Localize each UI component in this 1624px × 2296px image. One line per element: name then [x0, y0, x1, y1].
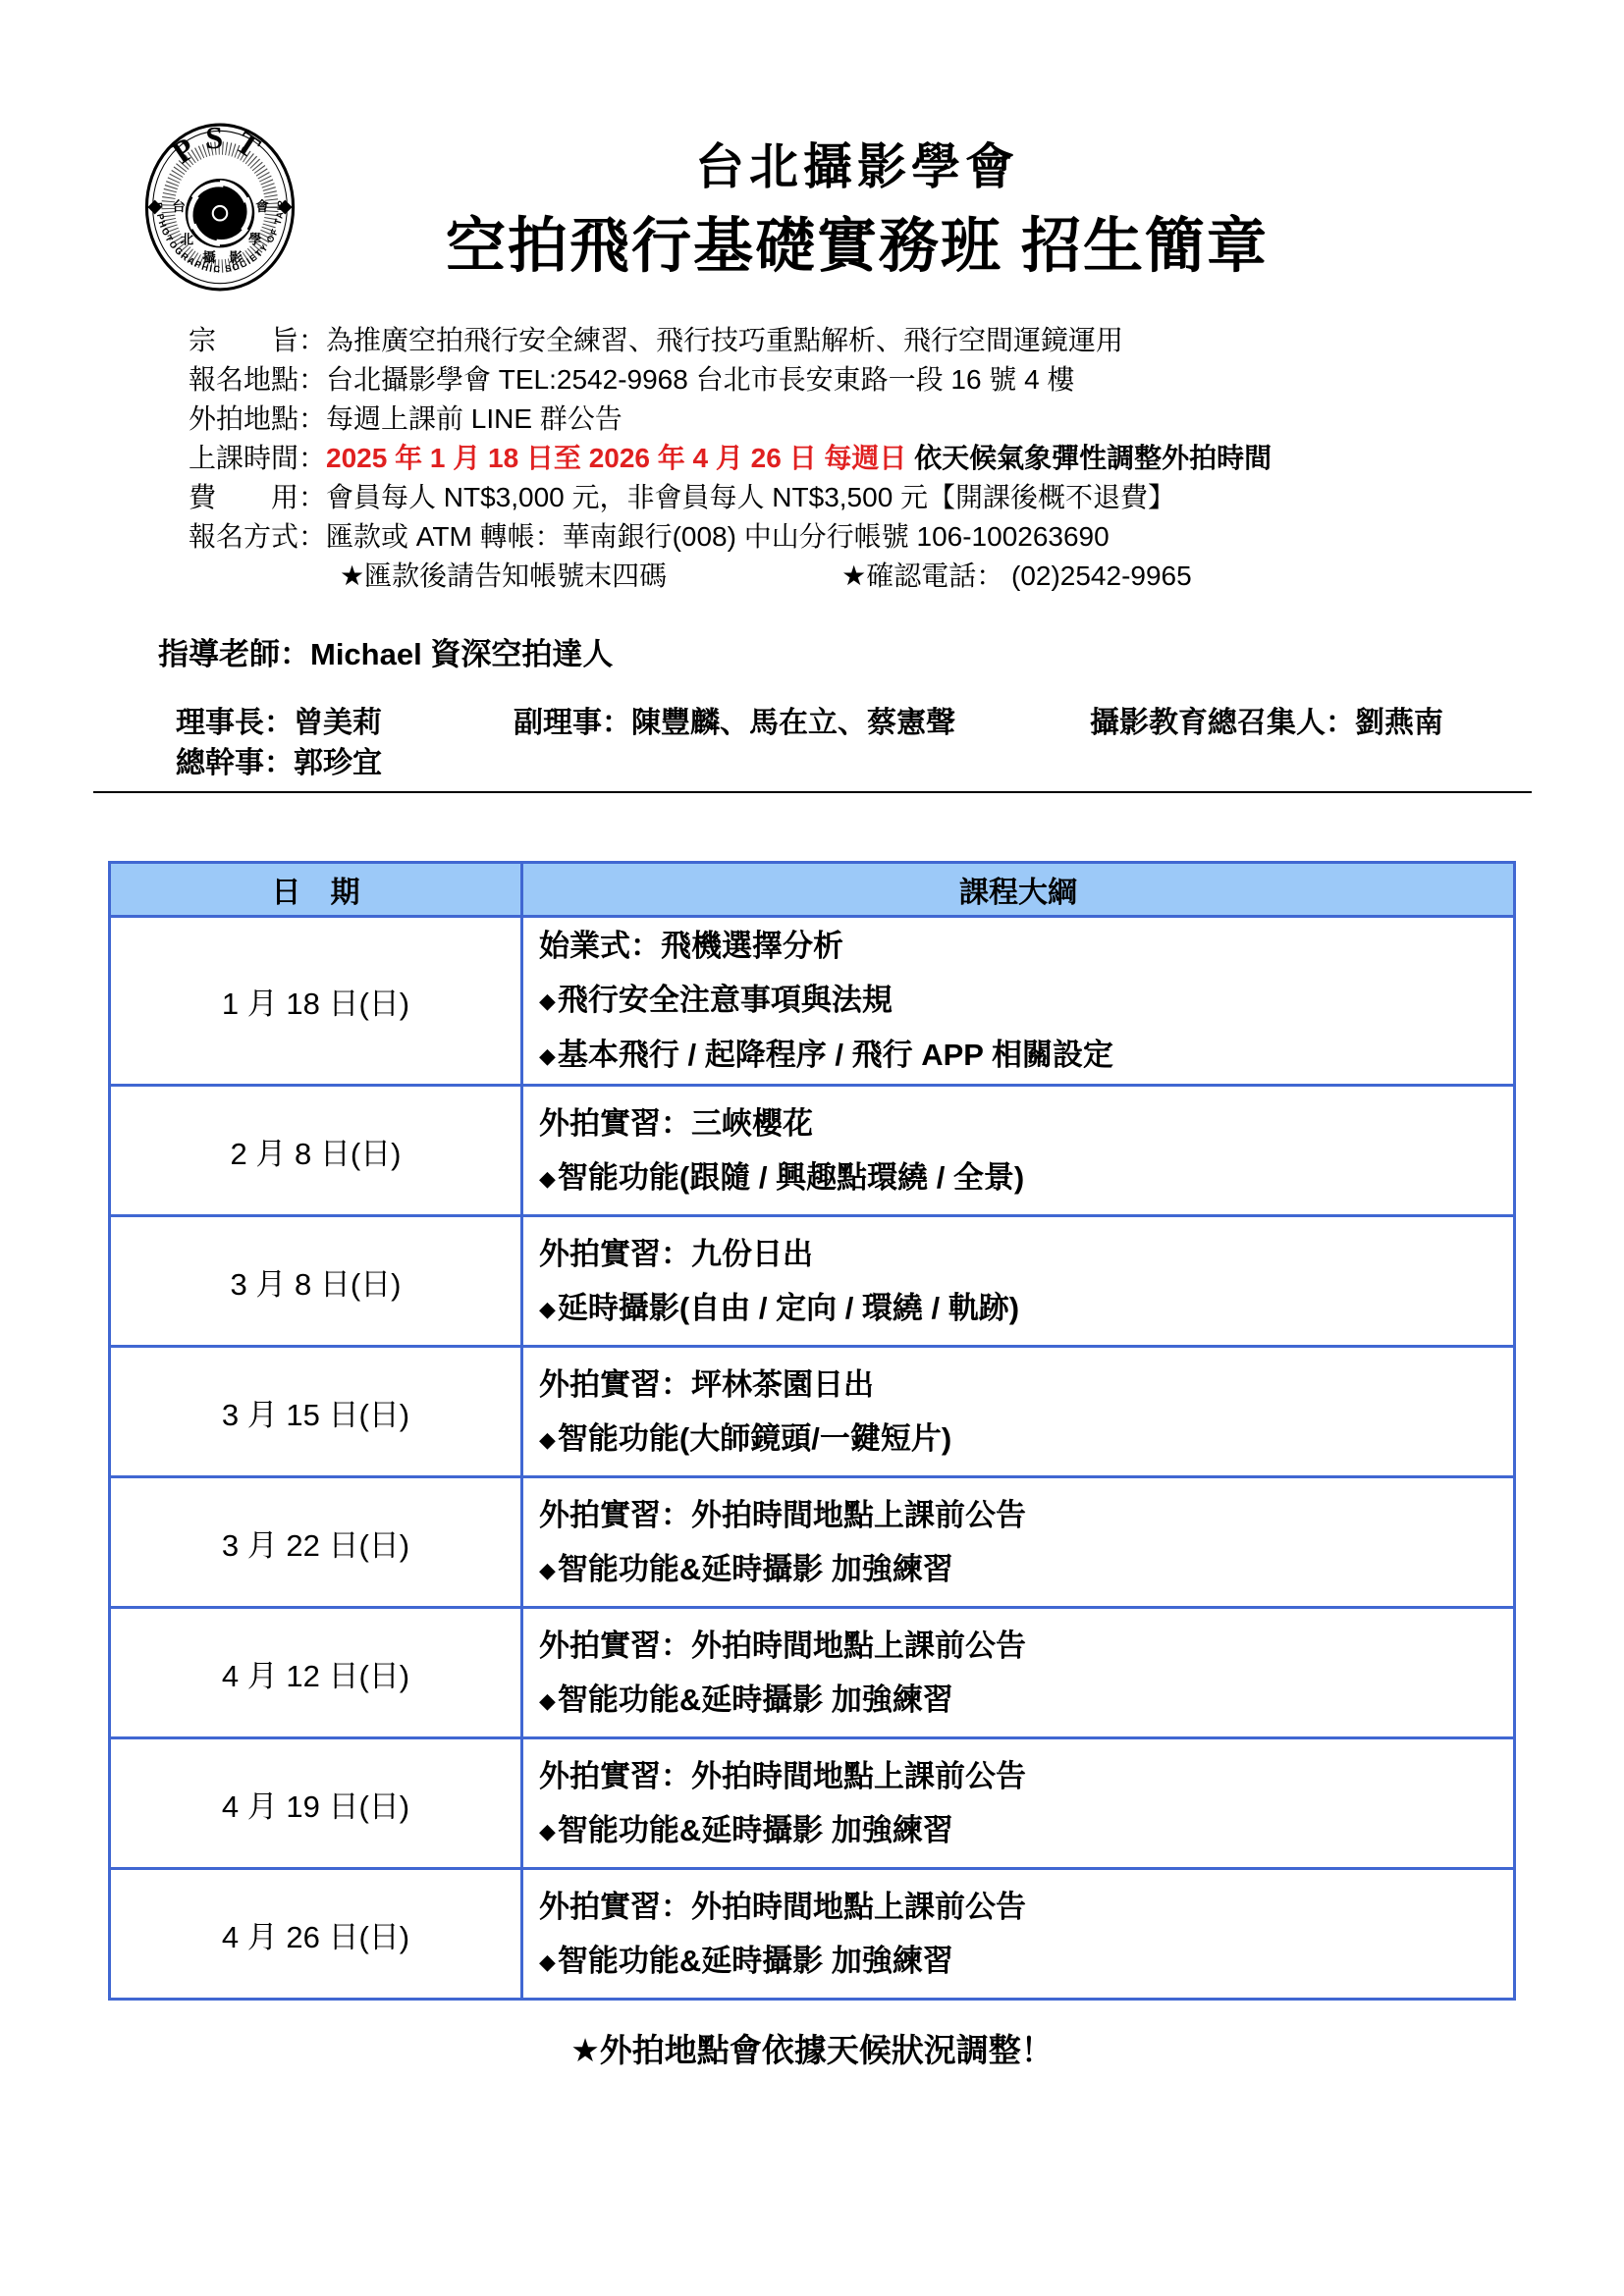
outline-line: ◆延時攝影(自由 / 定向 / 環繞 / 軌跡) [539, 1281, 1512, 1336]
weather-note: ★外拍地點會依據天候狀況調整！ [108, 2025, 1516, 2071]
schedule-body: 1 月 18 日(日)始業式：飛機選擇分析◆飛行安全注意事項與法規◆基本飛行 /… [110, 917, 1515, 2000]
info-segment: 費 用：會員每人 NT$3,000 元，非會員每人 NT$3,500 元【開課後… [189, 482, 1175, 512]
organization-title: 台北攝影學會 [189, 128, 1526, 198]
info-line: 外拍地點：每週上課前 LINE 群公告 [189, 400, 1272, 439]
outline-column-header: 課程大綱 [522, 863, 1515, 917]
schedule-row: 3 月 15 日(日)外拍實習：坪林茶園日出◆智能功能(大師鏡頭/一鍵短片) [110, 1347, 1515, 1477]
info-line: 費 用：會員每人 NT$3,000 元，非會員每人 NT$3,500 元【開課後… [189, 478, 1272, 517]
outline-line: ◆智能功能(跟隨 / 興趣點環繞 / 全景) [539, 1150, 1512, 1205]
outline-line: 外拍實習：外拍時間地點上課前公告 [539, 1488, 1512, 1542]
info-segment: ★確認電話： (02)2542-9965 [841, 561, 1192, 591]
schedule-date: 4 月 26 日(日) [110, 1869, 522, 2000]
schedule-date: 3 月 22 日(日) [110, 1477, 522, 1608]
info-segment: ★匯款後請告知帳號末四碼 [340, 561, 667, 591]
info-lines: 宗 旨：為推廣空拍飛行安全練習、飛行技巧重點解析、飛行空間運鏡運用報名地點：台北… [189, 321, 1272, 596]
info-segment: 2025 年 1 月 18 日至 2026 年 4 月 26 日 每週日 [326, 443, 906, 473]
schedule-row: 2 月 8 日(日)外拍實習：三峽櫻花◆智能功能(跟隨 / 興趣點環繞 / 全景… [110, 1086, 1515, 1216]
outline-line: ◆智能功能(大師鏡頭/一鍵短片) [539, 1412, 1512, 1467]
officers-block: 理事長：曾美莉 副理事：陳豐麟、馬在立、蔡憲聲 攝影教育總召集人：劉燕南 總幹事… [0, 698, 1624, 782]
schedule-row: 1 月 18 日(日)始業式：飛機選擇分析◆飛行安全注意事項與法規◆基本飛行 /… [110, 917, 1515, 1086]
outline-line: ◆飛行安全注意事項與法規 [539, 973, 1512, 1028]
info-line: 報名地點：台北攝影學會 TEL:2542-9968 台北市長安東路一段 16 號… [189, 360, 1272, 400]
schedule-outline: 外拍實習：坪林茶園日出◆智能功能(大師鏡頭/一鍵短片) [522, 1347, 1515, 1477]
outline-line: ◆智能功能&延時攝影 加強練習 [539, 1673, 1512, 1728]
outline-line: 外拍實習：坪林茶園日出 [539, 1358, 1512, 1412]
flyer-page: PST 台 北 攝 影 學 會 THE PHOTOGRAPHI [0, 0, 1624, 2296]
schedule-outline: 外拍實習：三峽櫻花◆智能功能(跟隨 / 興趣點環繞 / 全景) [522, 1086, 1515, 1216]
outline-line: 外拍實習：九份日出 [539, 1227, 1512, 1281]
outline-line: ◆智能功能&延時攝影 加強練習 [539, 1542, 1512, 1597]
outline-line: ◆基本飛行 / 起降程序 / 飛行 APP 相關設定 [539, 1028, 1512, 1083]
outline-line: ◆智能功能&延時攝影 加強練習 [539, 1934, 1512, 1989]
outline-line: 外拍實習：外拍時間地點上課前公告 [539, 1619, 1512, 1673]
schedule-outline: 外拍實習：外拍時間地點上課前公告◆智能功能&延時攝影 加強練習 [522, 1738, 1515, 1869]
schedule-date: 3 月 8 日(日) [110, 1216, 522, 1347]
schedule-row: 4 月 12 日(日)外拍實習：外拍時間地點上課前公告◆智能功能&延時攝影 加強… [110, 1608, 1515, 1738]
outline-line: 始業式：飛機選擇分析 [539, 919, 1512, 973]
diamond-bullet-icon: ◆ [539, 1043, 556, 1068]
schedule-outline: 外拍實習：外拍時間地點上課前公告◆智能功能&延時攝影 加強練習 [522, 1608, 1515, 1738]
chairman: 理事長：曾美莉 [176, 698, 382, 741]
outline-line: ◆智能功能&延時攝影 加強練習 [539, 1803, 1512, 1858]
info-segment: 外拍地點：每週上課前 LINE 群公告 [189, 403, 623, 434]
diamond-bullet-icon: ◆ [539, 1949, 556, 1974]
vice-directors: 副理事：陳豐麟、馬在立、蔡憲聲 [514, 698, 955, 741]
info-segment: 上課時間： [189, 443, 326, 473]
diamond-bullet-icon: ◆ [539, 1819, 556, 1843]
info-segment: 依天候氣象彈性調整外拍時間 [906, 443, 1272, 473]
schedule-row: 4 月 26 日(日)外拍實習：外拍時間地點上課前公告◆智能功能&延時攝影 加強… [110, 1869, 1515, 2000]
schedule-date: 2 月 8 日(日) [110, 1086, 522, 1216]
schedule-date: 1 月 18 日(日) [110, 917, 522, 1086]
schedule-row: 3 月 8 日(日)外拍實習：九份日出◆延時攝影(自由 / 定向 / 環繞 / … [110, 1216, 1515, 1347]
schedule-outline: 外拍實習：外拍時間地點上課前公告◆智能功能&延時攝影 加強練習 [522, 1869, 1515, 2000]
svg-text:台: 台 [172, 198, 186, 214]
diamond-bullet-icon: ◆ [539, 1166, 556, 1191]
instructor-line: 指導老師：Michael 資深空拍達人 [158, 629, 613, 673]
info-line: 報名方式：匯款或 ATM 轉帳：華南銀行(008) 中山分行帳號 106-100… [189, 517, 1272, 557]
schedule-row: 4 月 19 日(日)外拍實習：外拍時間地點上課前公告◆智能功能&延時攝影 加強… [110, 1738, 1515, 1869]
outline-line: 外拍實習：三峽櫻花 [539, 1096, 1512, 1150]
schedule-header-row: 日 期 課程大綱 [110, 863, 1515, 917]
info-segment: 宗 旨：為推廣空拍飛行安全練習、飛行技巧重點解析、飛行空間運鏡運用 [189, 325, 1123, 355]
info-line: ★匯款後請告知帳號末四碼★確認電話： (02)2542-9965 [189, 557, 1272, 596]
schedule-outline: 外拍實習：外拍時間地點上課前公告◆智能功能&延時攝影 加強練習 [522, 1477, 1515, 1608]
horizontal-divider [93, 791, 1532, 793]
diamond-bullet-icon: ◆ [539, 1688, 556, 1713]
schedule-date: 3 月 15 日(日) [110, 1347, 522, 1477]
secretary-general: 總幹事：郭珍宜 [176, 738, 382, 781]
education-director: 攝影教育總召集人：劉燕南 [1090, 698, 1443, 741]
outline-line: 外拍實習：外拍時間地點上課前公告 [539, 1749, 1512, 1803]
diamond-bullet-icon: ◆ [539, 1427, 556, 1452]
diamond-bullet-icon: ◆ [539, 1297, 556, 1321]
info-segment: 報名方式：匯款或 ATM 轉帳：華南銀行(008) 中山分行帳號 106-100… [189, 521, 1110, 552]
info-line: 宗 旨：為推廣空拍飛行安全練習、飛行技巧重點解析、飛行空間運鏡運用 [189, 321, 1272, 360]
info-line: 上課時間：2025 年 1 月 18 日至 2026 年 4 月 26 日 每週… [189, 439, 1272, 478]
schedule-date: 4 月 12 日(日) [110, 1608, 522, 1738]
diamond-bullet-icon: ◆ [539, 988, 556, 1013]
schedule-outline: 外拍實習：九份日出◆延時攝影(自由 / 定向 / 環繞 / 軌跡) [522, 1216, 1515, 1347]
course-schedule-table: 日 期 課程大綱 1 月 18 日(日)始業式：飛機選擇分析◆飛行安全注意事項與… [108, 861, 1516, 2001]
diamond-bullet-icon: ◆ [539, 1558, 556, 1582]
schedule-date: 4 月 19 日(日) [110, 1738, 522, 1869]
schedule-outline: 始業式：飛機選擇分析◆飛行安全注意事項與法規◆基本飛行 / 起降程序 / 飛行 … [522, 917, 1515, 1086]
course-title: 空拍飛行基礎實務班 招生簡章 [189, 198, 1526, 284]
info-segment: 報名地點：台北攝影學會 TEL:2542-9968 台北市長安東路一段 16 號… [189, 364, 1074, 395]
outline-line: 外拍實習：外拍時間地點上課前公告 [539, 1880, 1512, 1934]
date-column-header: 日 期 [110, 863, 522, 917]
schedule-row: 3 月 22 日(日)外拍實習：外拍時間地點上課前公告◆智能功能&延時攝影 加強… [110, 1477, 1515, 1608]
